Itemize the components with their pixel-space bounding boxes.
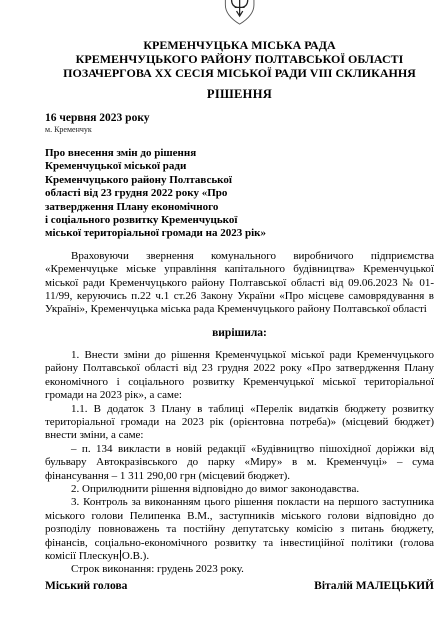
session-line: ПОЗАЧЕРГОВА XX СЕСІЯ МІСЬКОЇ РАДИ VIII С… (45, 66, 434, 80)
title-line: і соціального розвитку Кременчуцької (45, 214, 434, 227)
signer-position: Міський голова (45, 579, 127, 593)
council-name-line: КРЕМЕНЧУЦЬКА МІСЬКА РАДА (45, 38, 434, 52)
document-page: КРЕМЕНЧУЦЬКА МІСЬКА РАДА КРЕМЕНЧУЦЬКОГО … (0, 0, 447, 624)
title-line: міської територіальної громади на 2023 р… (45, 227, 434, 240)
document-header: КРЕМЕНЧУЦЬКА МІСЬКА РАДА КРЕМЕНЧУЦЬКОГО … (45, 38, 434, 80)
document-text-area[interactable]: Враховуючи звернення комунального виробн… (45, 250, 434, 577)
coat-of-arms-icon (45, 0, 434, 26)
signature-row: Міський голова Віталій МАЛЕЦЬКИЙ (45, 579, 434, 593)
title-line: Про внесення змін до рішення (45, 147, 434, 160)
decision-item-1-1-dash: – п. 134 викласти в новій редакції «Буді… (45, 443, 434, 483)
decision-item-3: 3. Контроль за виконанням цього рішення … (45, 496, 434, 563)
decision-date: 16 червня 2023 року (45, 112, 434, 125)
decision-title: Про внесення змін до рішення Кременчуцьк… (45, 147, 434, 241)
resolution-word: вирішила: (45, 326, 434, 340)
text-cursor (120, 550, 121, 561)
item-3-text-before-cursor: 3. Контроль за виконанням цього рішення … (45, 496, 434, 562)
item-3-text-after-cursor: О.В.). (122, 550, 149, 562)
document-type-heading: РІШЕННЯ (45, 87, 434, 102)
title-line: затвердження Плану економічного (45, 201, 434, 214)
execution-term: Строк виконання: грудень 2023 року. (45, 563, 434, 576)
decision-item-1-1: 1.1. В додаток 3 Плану в таблиці «Перелі… (45, 403, 434, 443)
signer-name: Віталій МАЛЕЦЬКИЙ (314, 579, 434, 593)
decision-place: м. Кременчук (45, 125, 434, 135)
title-line: Кременчуцької міської ради (45, 160, 434, 173)
preamble-paragraph: Враховуючи звернення комунального виробн… (45, 250, 434, 317)
title-line: Кременчуцького району Полтавської (45, 174, 434, 187)
decision-item-1: 1. Внести зміни до рішення Кременчуцької… (45, 349, 434, 403)
district-line: КРЕМЕНЧУЦЬКОГО РАЙОНУ ПОЛТАВСЬКОЇ ОБЛАСТ… (45, 52, 434, 66)
title-line: області від 23 грудня 2022 року «Про (45, 187, 434, 200)
decision-item-2: 2. Оприлюднити рішення відповідно до вим… (45, 483, 434, 496)
